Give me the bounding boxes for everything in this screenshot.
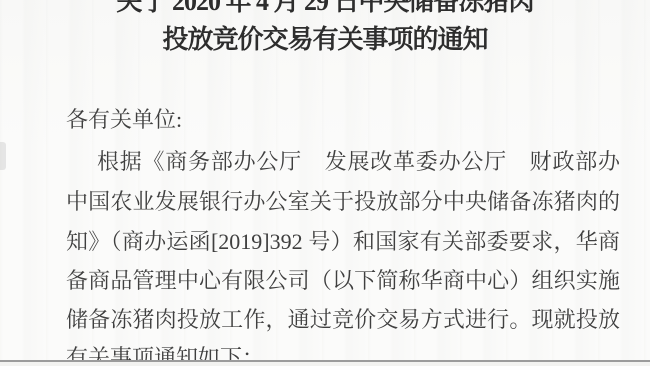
body-line-4: 备商品管理中心有限公司（以下简称华商中心）组织实施中央 bbox=[66, 268, 620, 293]
document-title-line-2: 投放竞价交易有关事项的通知 bbox=[0, 26, 650, 54]
below-edge-area bbox=[0, 362, 650, 366]
salutation: 各有关单位: bbox=[66, 107, 182, 132]
body-line-5: 储备冻猪肉投放工作，通过竞价交易方式进行。现就投放交易 bbox=[66, 307, 620, 332]
scan-artifact bbox=[0, 142, 6, 170]
scanned-notice-document: 关于 2020 年 4 月 29 日中央储备冻猪肉 投放竞价交易有关事项的通知 … bbox=[0, 0, 650, 366]
body-line-3: 知》（商办运函[2019]392 号）和国家有关部委要求，华商储 bbox=[66, 229, 620, 254]
body-line-1: 根据《商务部办公厅 发展改革委办公厅 财政部办公厅 bbox=[97, 149, 620, 174]
document-title-line-1: 关于 2020 年 4 月 29 日中央储备冻猪肉 bbox=[0, 0, 650, 16]
body-line-2: 中国农业发展银行办公室关于投放部分中央储备冻猪肉的通 bbox=[66, 189, 620, 214]
